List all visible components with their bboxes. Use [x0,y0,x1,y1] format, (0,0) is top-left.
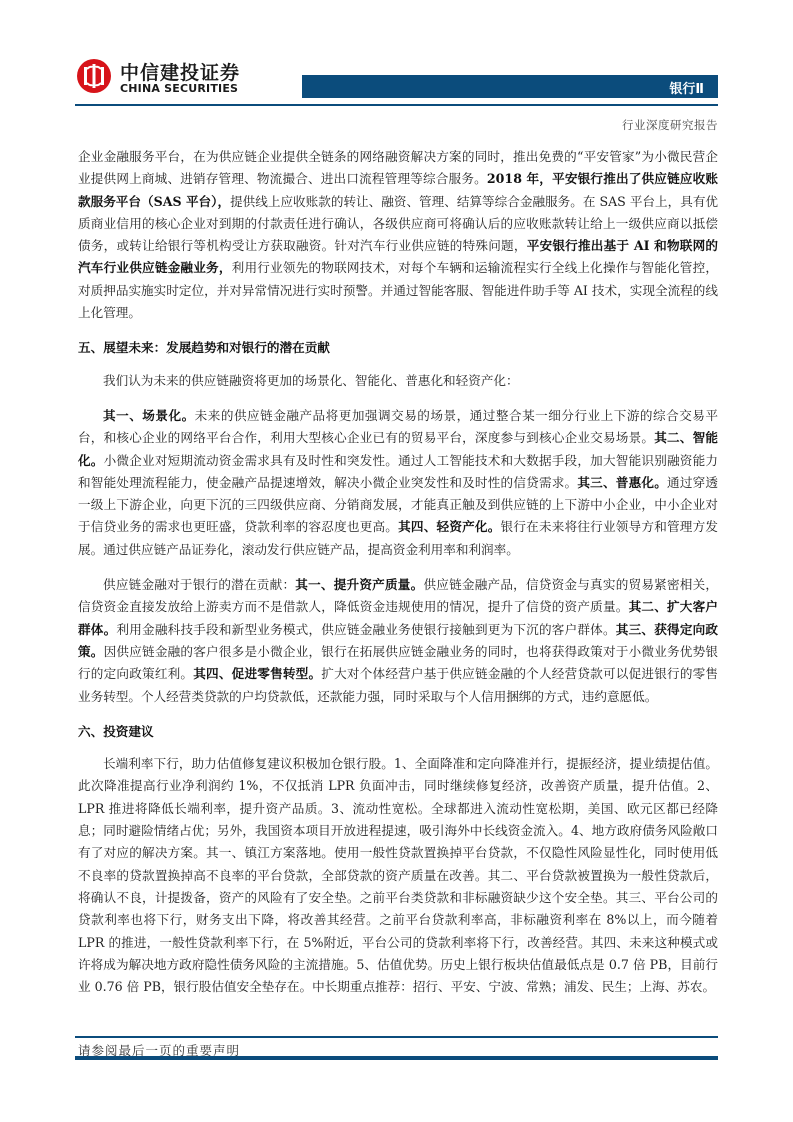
header-divider [75,104,718,106]
report-body: 企业金融服务平台，在为供应链企业提供全链条的网络融资解决方案的同时，推出免费的“… [78,146,718,998]
paragraph-trends: 其一、场景化。未来的供应链金融产品将更加强调交易的场景，通过整合某一细分行业上下… [78,405,718,561]
logo-chinese-name: 中信建投证券 [120,58,240,85]
emphasis-text: 其一、场景化。 [103,408,195,423]
footer-divider [75,1036,718,1038]
company-logo: 中信建投证券 CHINA SECURITIES [76,56,276,98]
paragraph-investment-advice: 长端利率下行，助力估值修复建议积极加仓银行股。1、全面降准和定向降准并行，提振经… [78,753,718,998]
logo-english-name: CHINA SECURITIES [120,82,238,95]
industry-banner: 银行Ⅱ [302,75,718,98]
paragraph-bank-contribution: 供应链金融对于银行的潜在贡献：其一、提升资产质量。供应链金融产品，信贷资金与真实… [78,574,718,708]
section-title-outlook: 五、展望未来：发展趋势和对银行的潜在贡献 [78,337,718,359]
section-title-investment: 六、投资建议 [78,721,718,743]
emphasis-text: 其四、促进零售转型。 [193,666,321,681]
citic-logo-icon [76,58,112,94]
emphasis-text: 其三、普惠化。 [577,475,667,490]
emphasis-text: 其四、轻资产化。 [398,519,500,534]
report-type: 行业深度研究报告 [622,117,718,133]
body-text: 供应链金融对于银行的潜在贡献： [103,577,295,592]
paragraph-pingan-platform: 企业金融服务平台，在为供应链企业提供全链条的网络融资解决方案的同时，推出免费的“… [78,146,718,324]
footer-bar [75,1056,718,1060]
paragraph-outlook-intro: 我们认为未来的供应链融资将更加的场景化、智能化、普惠化和轻资产化： [78,370,718,392]
emphasis-text: 其一、提升资产质量。 [295,577,423,592]
industry-label: 银行Ⅱ [669,78,704,97]
body-text: 利用金融科技手段和新型业务模式，供应链金融业务使银行接触到更为下沉的客户群体。 [116,622,615,637]
